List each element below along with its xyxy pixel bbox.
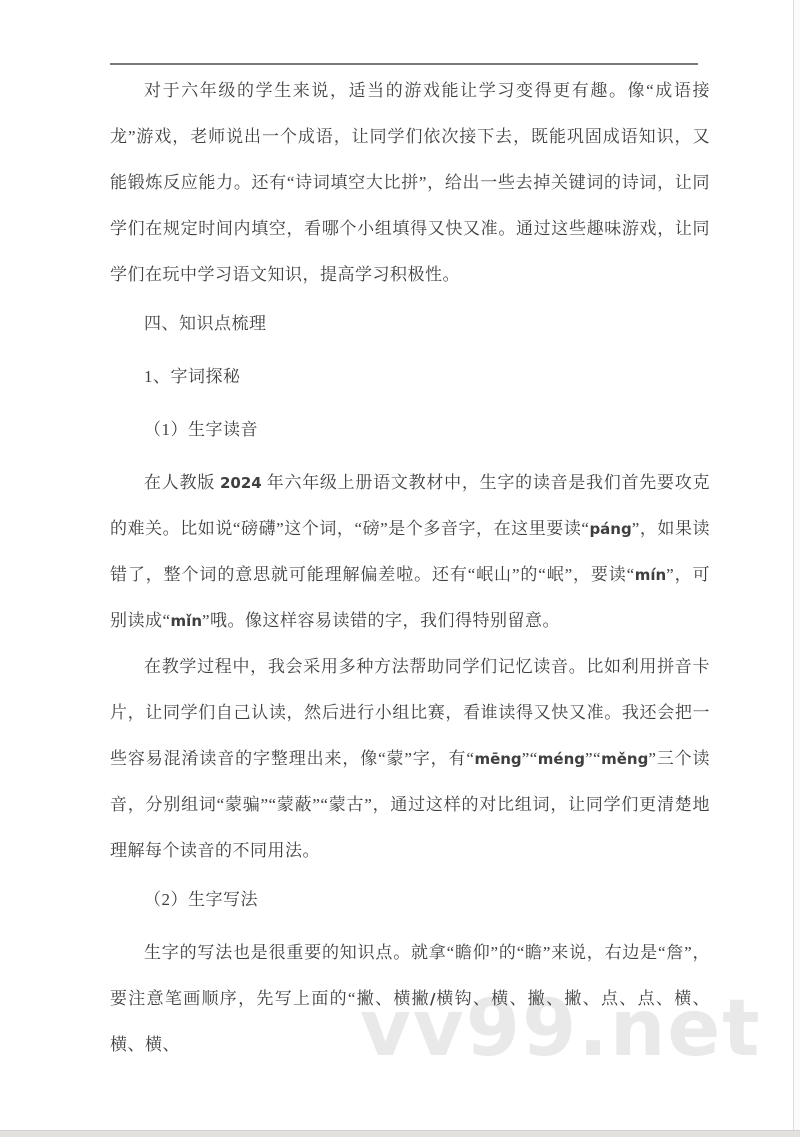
document-content: 对于六年级的学生来说，适当的游戏能让学习变得更有趣。像“成语接龙”游戏，老师说出…: [110, 68, 710, 1068]
latin-text-run: 2024: [220, 474, 262, 492]
document-page: 对于六年级的学生来说，适当的游戏能让学习变得更有趣。像“成语接龙”游戏，老师说出…: [0, 0, 800, 1137]
latin-text-run: páng: [589, 520, 631, 538]
page-bottom-edge: [0, 1130, 800, 1137]
body-paragraph: 在人教版 2024 年六年级上册语文教材中，生字的读音是我们首先要攻克的难关。比…: [110, 460, 710, 644]
text-run: ”“: [522, 749, 538, 768]
text-run: 对于六年级的学生来说，适当的游戏能让学习变得更有趣。像“成语接龙”游戏，老师说出…: [110, 81, 710, 284]
heading-line: 1、字词探秘: [110, 354, 710, 400]
latin-text-run: méng: [538, 750, 585, 768]
latin-text-run: měng: [601, 750, 648, 768]
heading-line: 四、知识点梳理: [110, 301, 710, 347]
text-run: ”“: [585, 749, 601, 768]
body-paragraph: 生字的写法也是很重要的知识点。就拿“瞻仰”的“瞻”来说，右边是“詹”，要注意笔画…: [110, 930, 710, 1068]
body-paragraph: 对于六年级的学生来说，适当的游戏能让学习变得更有趣。像“成语接龙”游戏，老师说出…: [110, 68, 710, 298]
text-run: 在人教版: [144, 473, 220, 492]
header-rule: [110, 63, 698, 65]
heading-line: （1）生字读音: [110, 407, 710, 453]
viewer-right-margin: [794, 0, 800, 1130]
latin-text-run: mín: [635, 566, 666, 584]
text-run: 1、字词探秘: [144, 367, 241, 386]
body-paragraph: 在教学过程中，我会采用多种方法帮助同学们记忆读音。比如利用拼音卡片，让同学们自己…: [110, 644, 710, 874]
text-run: ”哦。像这样容易读错的字，我们得特别留意。: [202, 611, 560, 630]
heading-line: （2）生字写法: [110, 877, 710, 923]
text-run: 四、知识点梳理: [144, 314, 267, 333]
text-run: （1）生字读音: [144, 420, 258, 439]
latin-text-run: mǐn: [171, 612, 202, 630]
latin-text-run: mēng: [474, 750, 521, 768]
text-run: （2）生字写法: [144, 890, 258, 909]
